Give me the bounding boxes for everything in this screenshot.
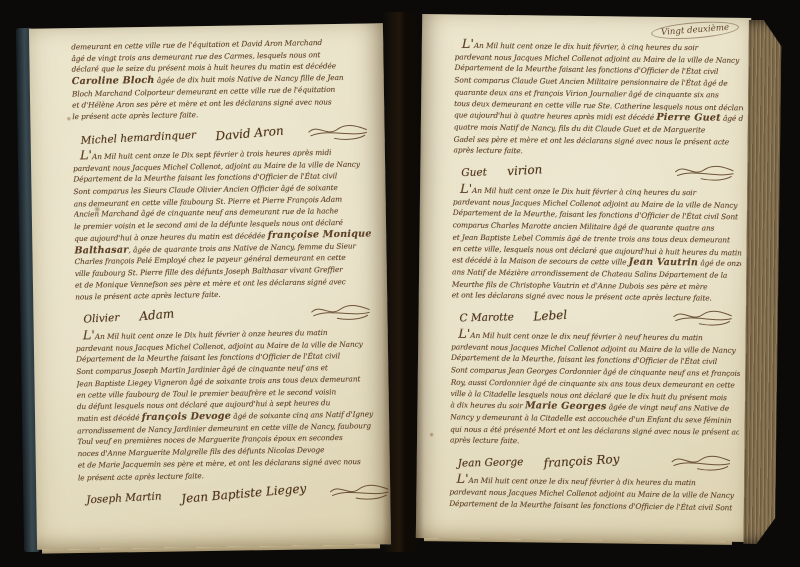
signature: françois Roy (543, 452, 620, 470)
signature: Adam (139, 306, 175, 323)
photo-background: demeurant en cette ville rue de l'équita… (0, 0, 800, 567)
signature: Michel hemardinquer (80, 129, 196, 147)
signature: David Aron (215, 123, 284, 143)
manuscript-line: Meurthe fils de Christophe Vautrin et d'… (452, 278, 741, 293)
ink-spot (66, 116, 71, 121)
signature: Jean George (458, 456, 524, 469)
death-record-act: L'An Mil huit cent onze le dix neuf févr… (449, 473, 738, 513)
death-record-act: L'An Mil huit cent onze le dix huit févr… (453, 38, 744, 182)
right-page-text: L'An Mil huit cent onze le dix huit févr… (449, 38, 744, 517)
death-record-act: demeurant en cette ville rue de l'équita… (71, 36, 376, 145)
left-page: demeurant en cette ville rue de l'équita… (29, 23, 391, 549)
death-record-act: L'An Mil huit cent onze le Dix sept févr… (73, 145, 379, 325)
adjoint-paraph-flourish (327, 480, 393, 501)
left-page-text: demeurant en cette ville rue de l'équita… (71, 36, 381, 510)
signature-row: Jean Georgefrançois Roy (458, 449, 735, 472)
signature: Joseph Martin (86, 491, 162, 507)
adjoint-paraph-flourish (672, 161, 738, 182)
signature: C Marotte (459, 311, 514, 324)
signature: Olivier (83, 312, 119, 326)
ink-spot (429, 432, 434, 437)
death-record-act: L'An Mil huit cent onze le Dix huit févr… (451, 183, 742, 327)
signature-row: Joseph MartinJean Baptiste Liegey (86, 481, 377, 506)
signature: virion (506, 162, 542, 178)
signature: Lebel (533, 308, 567, 324)
death-record-act: L'An Mil huit cent onze le dix neuf févr… (450, 328, 741, 472)
death-record-act: L'An Mil huit cent onze le Dix huit févr… (76, 325, 382, 505)
signature: Guet (461, 166, 487, 179)
manuscript-line: qui nous a été présenté Mort et ont les … (450, 423, 739, 438)
right-page: Vingt deuxième L'An Mil huit cent onze l… (416, 14, 751, 542)
adjoint-paraph-flourish (308, 300, 374, 321)
manuscript-line: Gadel ses père et mère et ont les déclar… (454, 133, 743, 148)
signature: Jean Baptiste Liegey (181, 481, 307, 506)
signature-row: OlivierAdam (83, 300, 374, 325)
adjoint-paraph-flourish (305, 120, 371, 141)
page-stack-fore-edge (743, 20, 781, 544)
adjoint-paraph-flourish (670, 306, 736, 327)
signature-row: C MarotteLebel (459, 304, 736, 327)
folio-number: Vingt deuxième (650, 19, 739, 42)
signature-row: Michel hemardinquerDavid Aron (80, 120, 371, 145)
adjoint-paraph-flourish (669, 451, 735, 472)
signature-row: Guetvirion (461, 159, 738, 182)
